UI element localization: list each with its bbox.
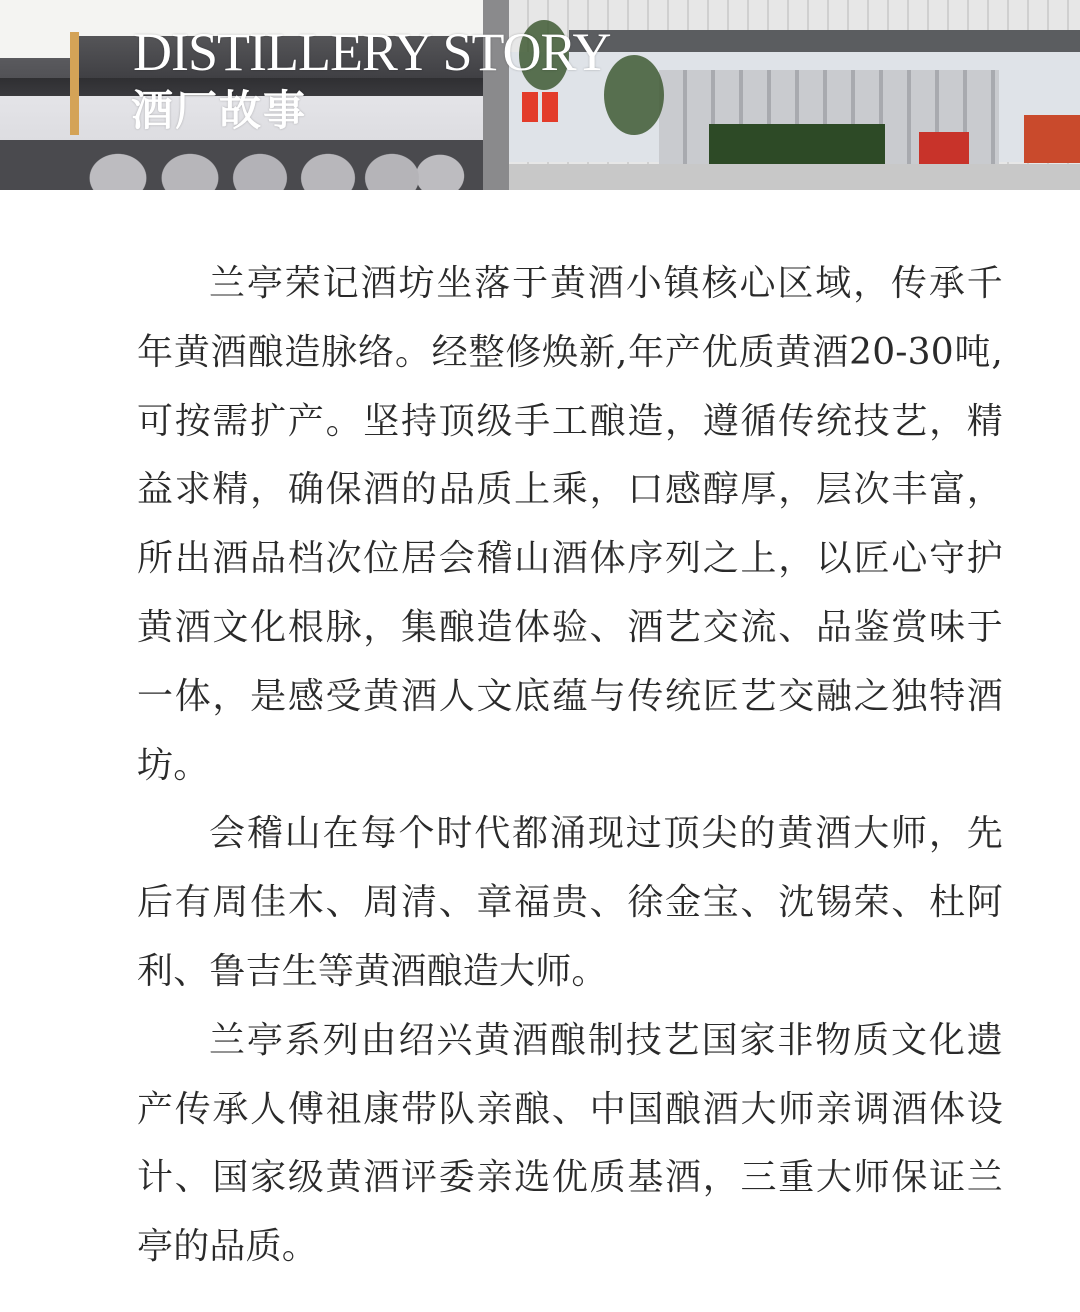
article-body: 兰亭荣记酒坊坐落于黄酒小镇核心区域，传承千年黄酒酿造脉络。经整修焕新,年产优质黄… <box>137 250 1003 1282</box>
title-accent-bar <box>70 32 79 135</box>
banner-title-chinese: 酒厂故事 <box>131 86 307 136</box>
truck-decoration <box>919 132 969 164</box>
tree-decoration <box>604 55 664 135</box>
flag-decoration <box>522 92 538 122</box>
flag-decoration <box>542 92 558 122</box>
paragraph-intro: 兰亭荣记酒坊坐落于黄酒小镇核心区域，传承千年黄酒酿造脉络。经整修焕新,年产优质黄… <box>137 250 1003 800</box>
header-banner: DISTILLERY STORY 酒厂故事 <box>0 0 1080 190</box>
truck-decoration <box>1024 115 1080 163</box>
paragraph-masters: 会稽山在每个时代都涌现过顶尖的黄酒大师，先后有周佳木、周清、章福贵、徐金宝、沈锡… <box>137 800 1003 1006</box>
paragraph-lanting-series: 兰亭系列由绍兴黄酒酿制技艺国家非物质文化遗产传承人傅祖康带队亲酿、中国酿酒大师亲… <box>137 1007 1003 1282</box>
banner-title-english: DISTILLERY STORY <box>133 22 611 82</box>
